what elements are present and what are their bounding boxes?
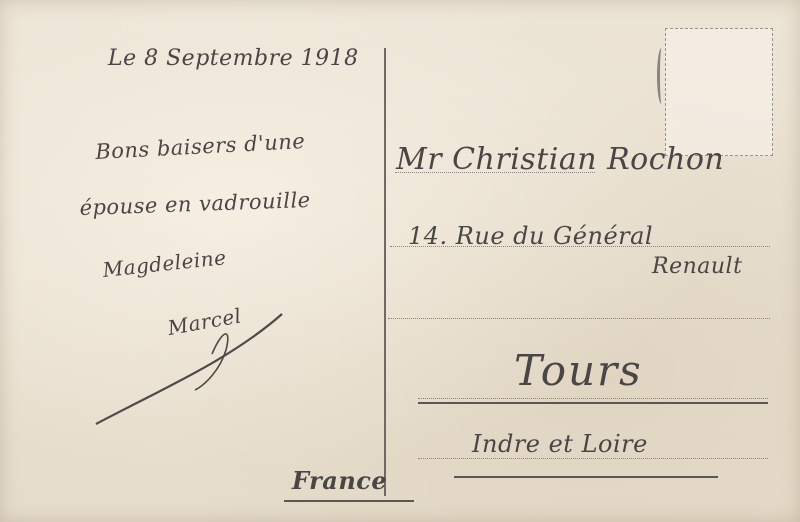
country-underline (284, 500, 414, 502)
postcard-back: Le 8 Septembre 1918 Bons baisers d'une é… (0, 0, 800, 522)
center-divider (384, 48, 386, 496)
address-rule-4 (418, 398, 768, 399)
recipient-street: 14. Rue du Général (408, 222, 653, 250)
address-rule-5 (418, 458, 768, 459)
recipient-city: Tours (514, 346, 643, 395)
recipient-street-cont: Renault (652, 254, 742, 279)
city-underline (418, 402, 768, 404)
recipient-region: Indre et Loire (472, 430, 648, 458)
recipient-name: Mr Christian Rochon (396, 142, 724, 177)
postmark-fragment-icon (657, 48, 666, 104)
recipient-country: France (292, 466, 387, 495)
region-underline (454, 476, 718, 478)
address-rule-3 (388, 318, 770, 319)
